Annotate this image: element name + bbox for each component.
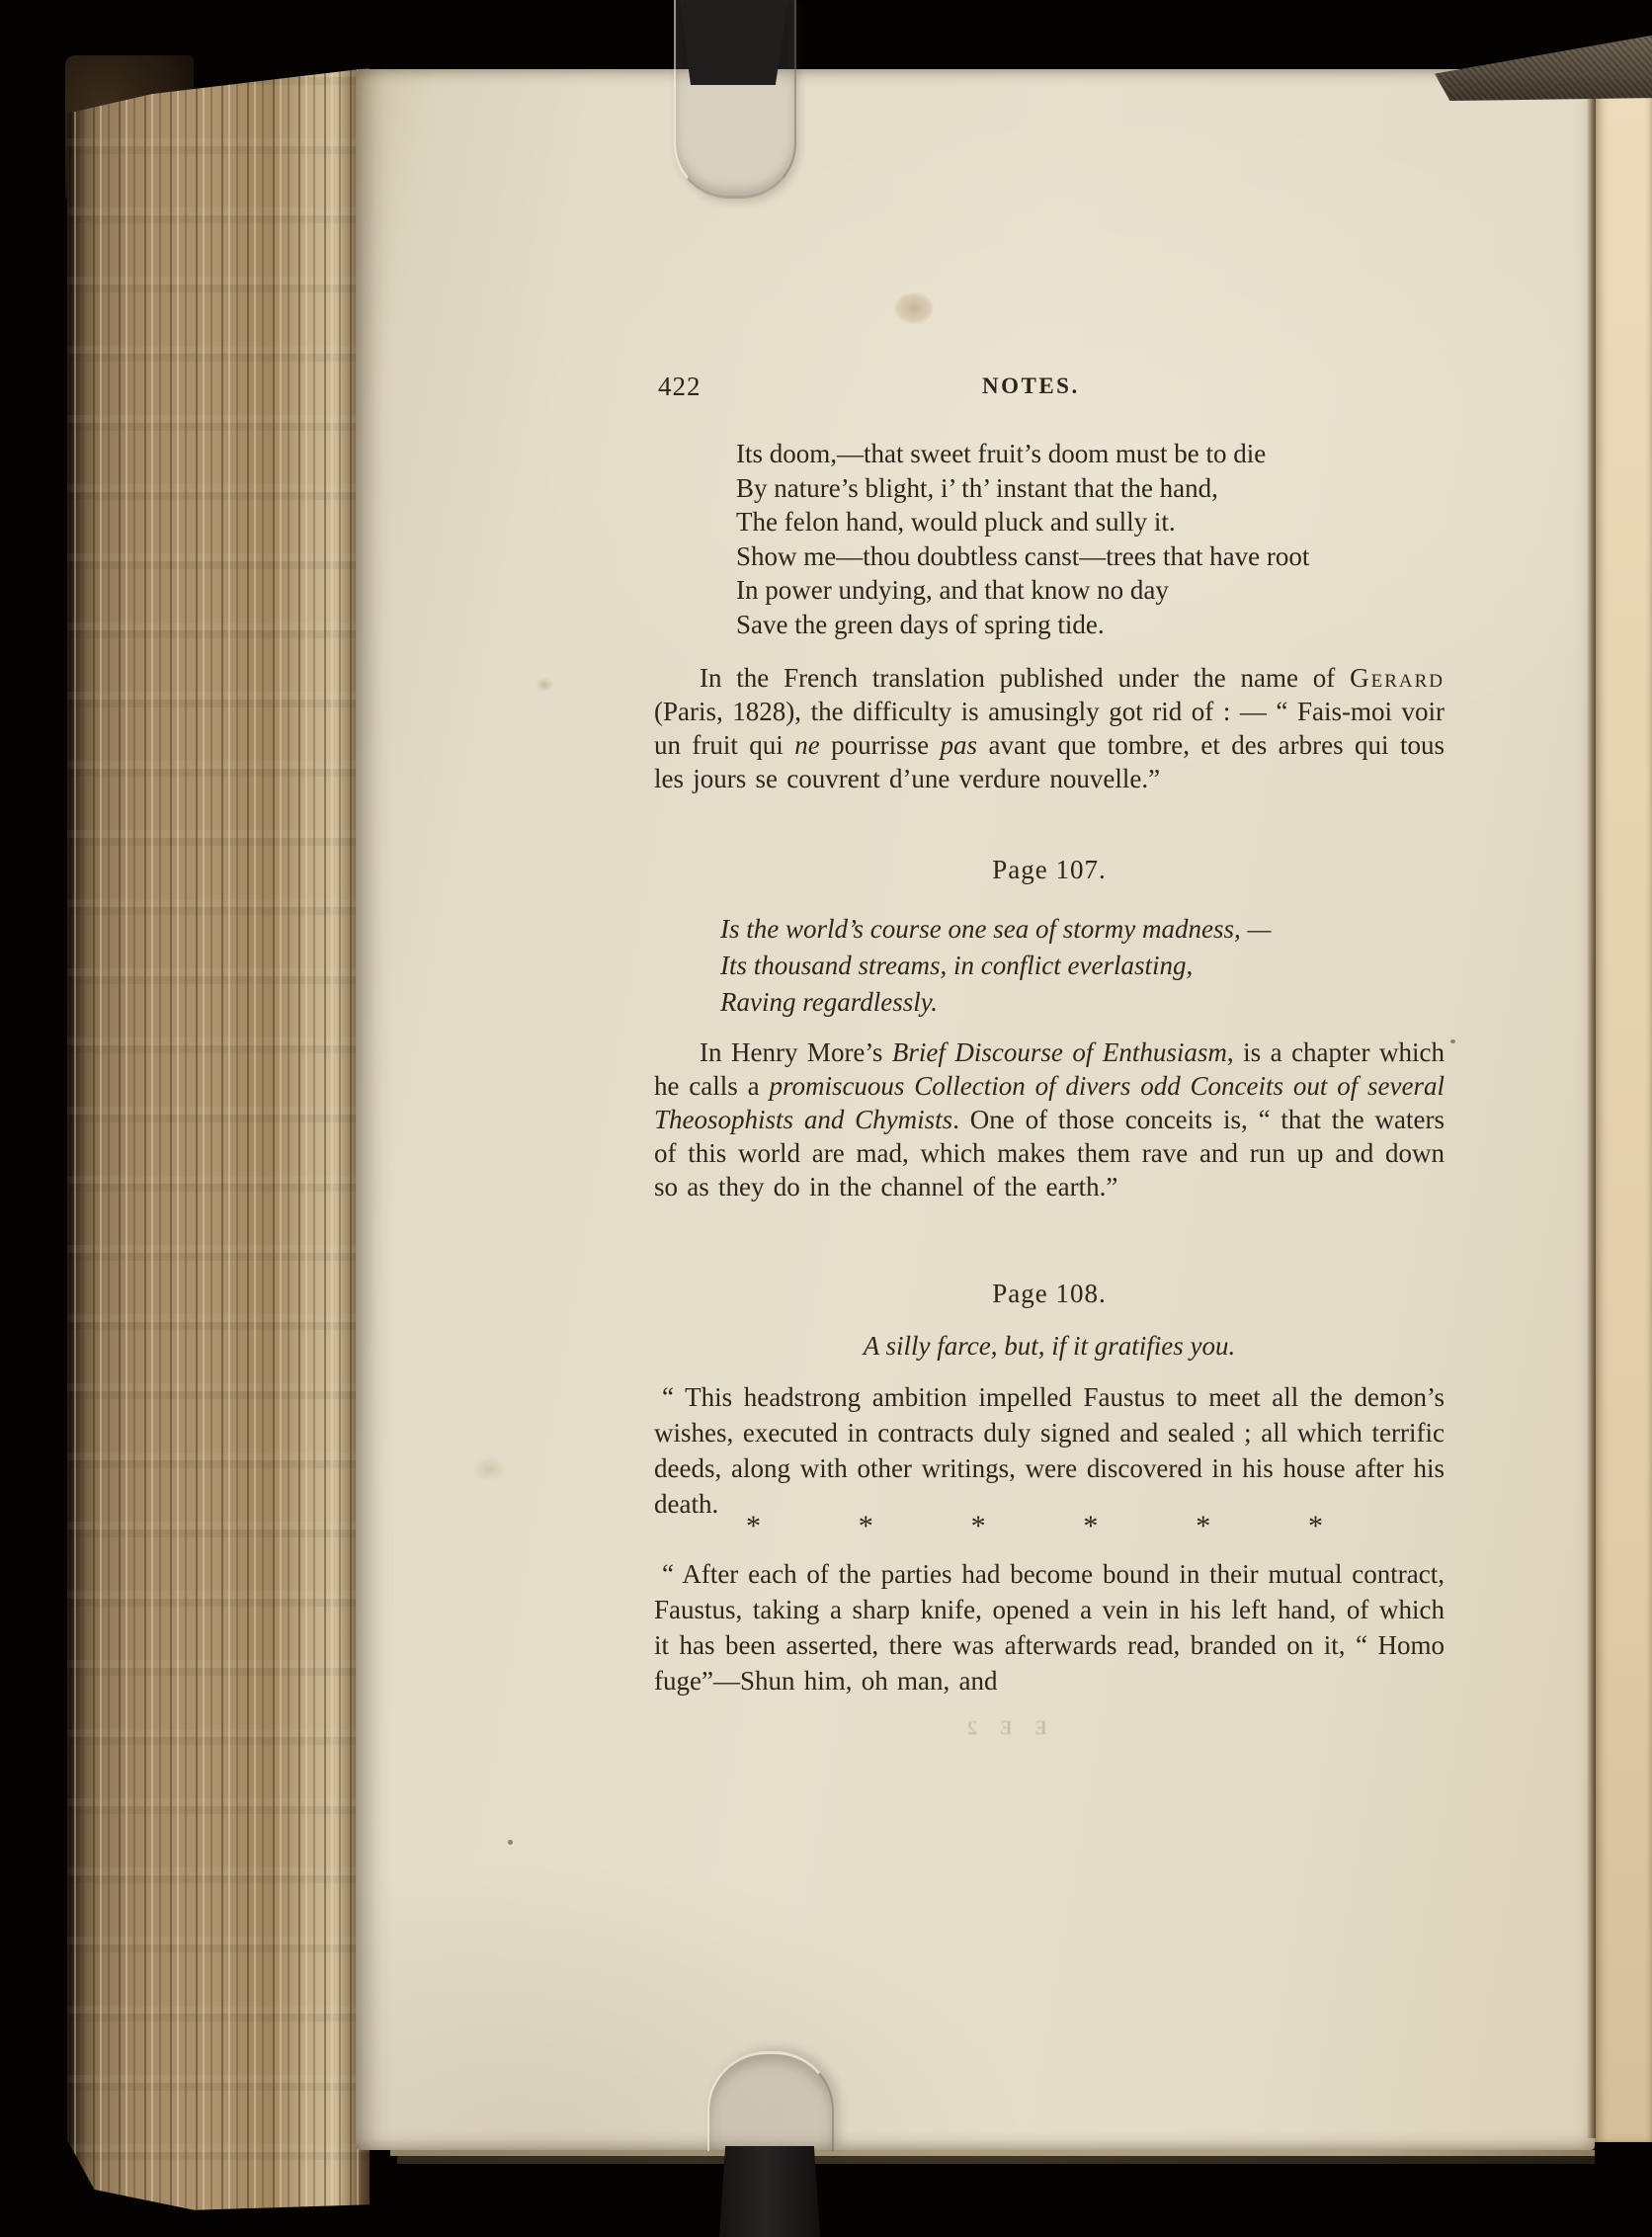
italic-word: pas <box>941 730 978 760</box>
verse-line: Raving regardlessly. <box>720 984 1271 1021</box>
asterisk: * <box>859 1510 873 1545</box>
cover-edge-top-right <box>1435 30 1652 101</box>
verse-line: By nature’s blight, i’ th’ instant that … <box>736 471 1309 506</box>
verse-line: Is the world’s course one sea of stormy … <box>720 911 1271 948</box>
paragraph-text: pourrisse <box>820 730 941 760</box>
running-header: NOTES. <box>982 373 1080 399</box>
note-paragraph-french-translation: In the French translation published unde… <box>654 661 1445 795</box>
page-stack-fore-edge <box>67 57 370 2213</box>
text-block: 422 NOTES. Its doom,—that sweet fruit’s … <box>654 69 1445 2150</box>
dust-speck <box>508 1840 513 1845</box>
verse-line: In power undying, and that know no day <box>736 573 1309 608</box>
page-header: 422 NOTES. <box>654 372 1445 405</box>
transparent-page-holder-top <box>674 0 796 199</box>
italic-word: ne <box>794 730 819 760</box>
asterisk: * <box>1308 1510 1323 1545</box>
smallcaps-name: Gerard <box>1350 663 1445 693</box>
page-holder-mount-bottom <box>719 2146 820 2237</box>
bleed-through-signature: E E 2 <box>958 1717 1046 1740</box>
right-page-crease <box>1587 57 1596 2138</box>
verse-line: Save the green days of spring tide. <box>736 608 1309 642</box>
note-paragraph-homo-fuge: “ After each of the parties had become b… <box>654 1556 1445 1698</box>
note-paragraph-henry-more: In Henry More’s Brief Discourse of Enthu… <box>654 1036 1445 1203</box>
transparent-page-holder-bottom <box>707 2051 834 2151</box>
section-heading-page-108: Page 108. <box>654 1279 1445 1309</box>
open-book-page: 422 NOTES. Its doom,—that sweet fruit’s … <box>356 69 1595 2150</box>
italic-title: Brief Discourse of Enthusiasm <box>892 1037 1227 1067</box>
page-bottom-edge-shadow <box>397 2156 1595 2164</box>
section-heading-page-107: Page 107. <box>654 855 1445 885</box>
foxing-stain <box>536 678 553 692</box>
verse-line: Show me—thou doubtless canst—trees that … <box>736 539 1309 574</box>
right-page-edge <box>1595 53 1652 2142</box>
note-paragraph-faustus-contract: “ This headstrong ambition impelled Faus… <box>654 1379 1445 1522</box>
verse-line: Its doom,—that sweet fruit’s doom must b… <box>736 437 1309 471</box>
asterisk-divider: * * * * * * <box>746 1510 1323 1545</box>
asterisk: * <box>746 1510 761 1545</box>
quoted-verse-italic: Is the world’s course one sea of stormy … <box>720 911 1271 1021</box>
asterisk: * <box>1083 1510 1098 1545</box>
quoted-verse: Its doom,—that sweet fruit’s doom must b… <box>736 437 1309 641</box>
dust-speck <box>1450 1039 1455 1043</box>
paragraph-text: In Henry More’s <box>700 1037 892 1067</box>
asterisk: * <box>1196 1510 1210 1545</box>
book-photograph: 422 NOTES. Its doom,—that sweet fruit’s … <box>0 0 1652 2237</box>
foxing-stain <box>472 1456 506 1482</box>
asterisk: * <box>971 1510 986 1545</box>
paragraph-text: In the French translation published unde… <box>700 663 1350 693</box>
verse-line: The felon hand, would pluck and sully it… <box>736 505 1309 539</box>
page-number: 422 <box>658 372 702 402</box>
verse-line: Its thousand streams, in conflict everla… <box>720 948 1271 984</box>
epigraph-italic: A silly farce, but, if it gratifies you. <box>654 1331 1445 1362</box>
